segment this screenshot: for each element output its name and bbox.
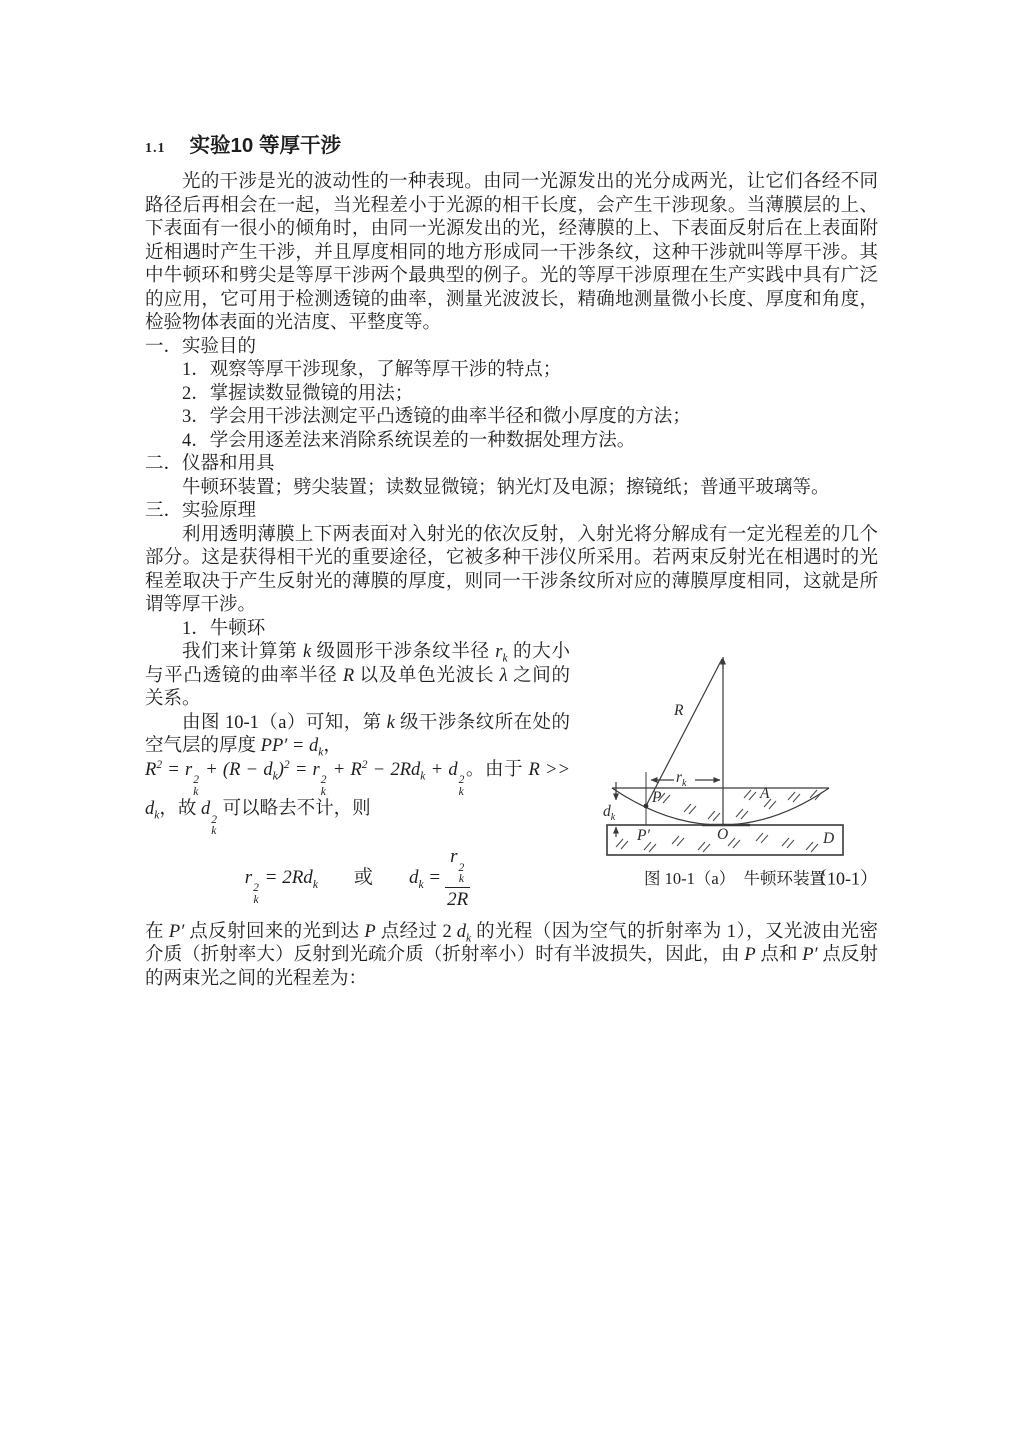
final-paragraph: 在 P′ 点反射回来的光到达 P 点经过 2 dk 的光程（因为空气的折射率为 … xyxy=(145,921,878,992)
point-P-dot xyxy=(644,804,649,809)
document-page: 1.1实验10 等厚干涉 光的干涉是光的波动性的一种表现。由同一光源发出的光分成… xyxy=(145,132,878,991)
equation-10-1: r2k = 2Rdk或dk =r2k2R （10-1） xyxy=(145,838,878,921)
lens-hatching xyxy=(658,790,822,821)
equation-mid: dk = xyxy=(409,867,441,888)
equation-or-word: 或 xyxy=(354,866,373,890)
goal-item: 2．掌握读数显微镜的用法； xyxy=(145,383,878,407)
principle-paragraph: 利用透明薄膜上下两表面对入射光的依次反射，入射光将分解成有一定光程差的几个部分。… xyxy=(145,524,878,618)
page-title: 1.1实验10 等厚干涉 xyxy=(145,132,878,162)
goal-list: 1．观察等厚干涉现象，了解等厚干涉的特点； 2．掌握读数显微镜的用法； 3．学会… xyxy=(145,359,878,453)
heading-newton-rings: 1．牛顿环 xyxy=(145,618,878,642)
heading-apparatus: 二．仪器和用具 xyxy=(145,453,878,477)
equation-lhs: r2k = 2Rdk xyxy=(245,867,318,888)
experiment-title: 实验10 等厚干涉 xyxy=(190,134,342,157)
heading-principle: 三．实验原理 xyxy=(145,500,878,524)
label-rk: rk xyxy=(675,770,688,786)
goal-item: 3．学会用干涉法测定平凸透镜的曲率半径和微小厚度的方法； xyxy=(145,406,878,430)
label-dk: dk xyxy=(602,804,616,820)
goal-item: 4．学会用逐差法来消除系统误差的一种数据处理方法。 xyxy=(145,430,878,454)
fraction-denominator: 2R xyxy=(445,888,470,911)
equation-fraction: r2k2R xyxy=(445,846,470,911)
goal-item: 1．观察等厚干涉现象，了解等厚干涉的特点； xyxy=(145,359,878,383)
label-R: R xyxy=(673,703,684,719)
apparatus-paragraph: 牛顿环装置；劈尖装置；读数显微镜；钠光灯及电源；擦镜纸；普通平玻璃等。 xyxy=(145,477,878,501)
heading-goal: 一．实验目的 xyxy=(145,336,878,360)
fraction-numerator: r2k xyxy=(445,846,470,888)
section-number: 1.1 xyxy=(145,141,166,156)
equation-number: （10-1） xyxy=(809,868,878,892)
label-A: A xyxy=(759,786,770,802)
intro-paragraph: 光的干涉是光的波动性的一种表现。由同一光源发出的光分成两光，让它们各经不同路径后… xyxy=(145,171,878,336)
label-P: P xyxy=(651,790,662,806)
